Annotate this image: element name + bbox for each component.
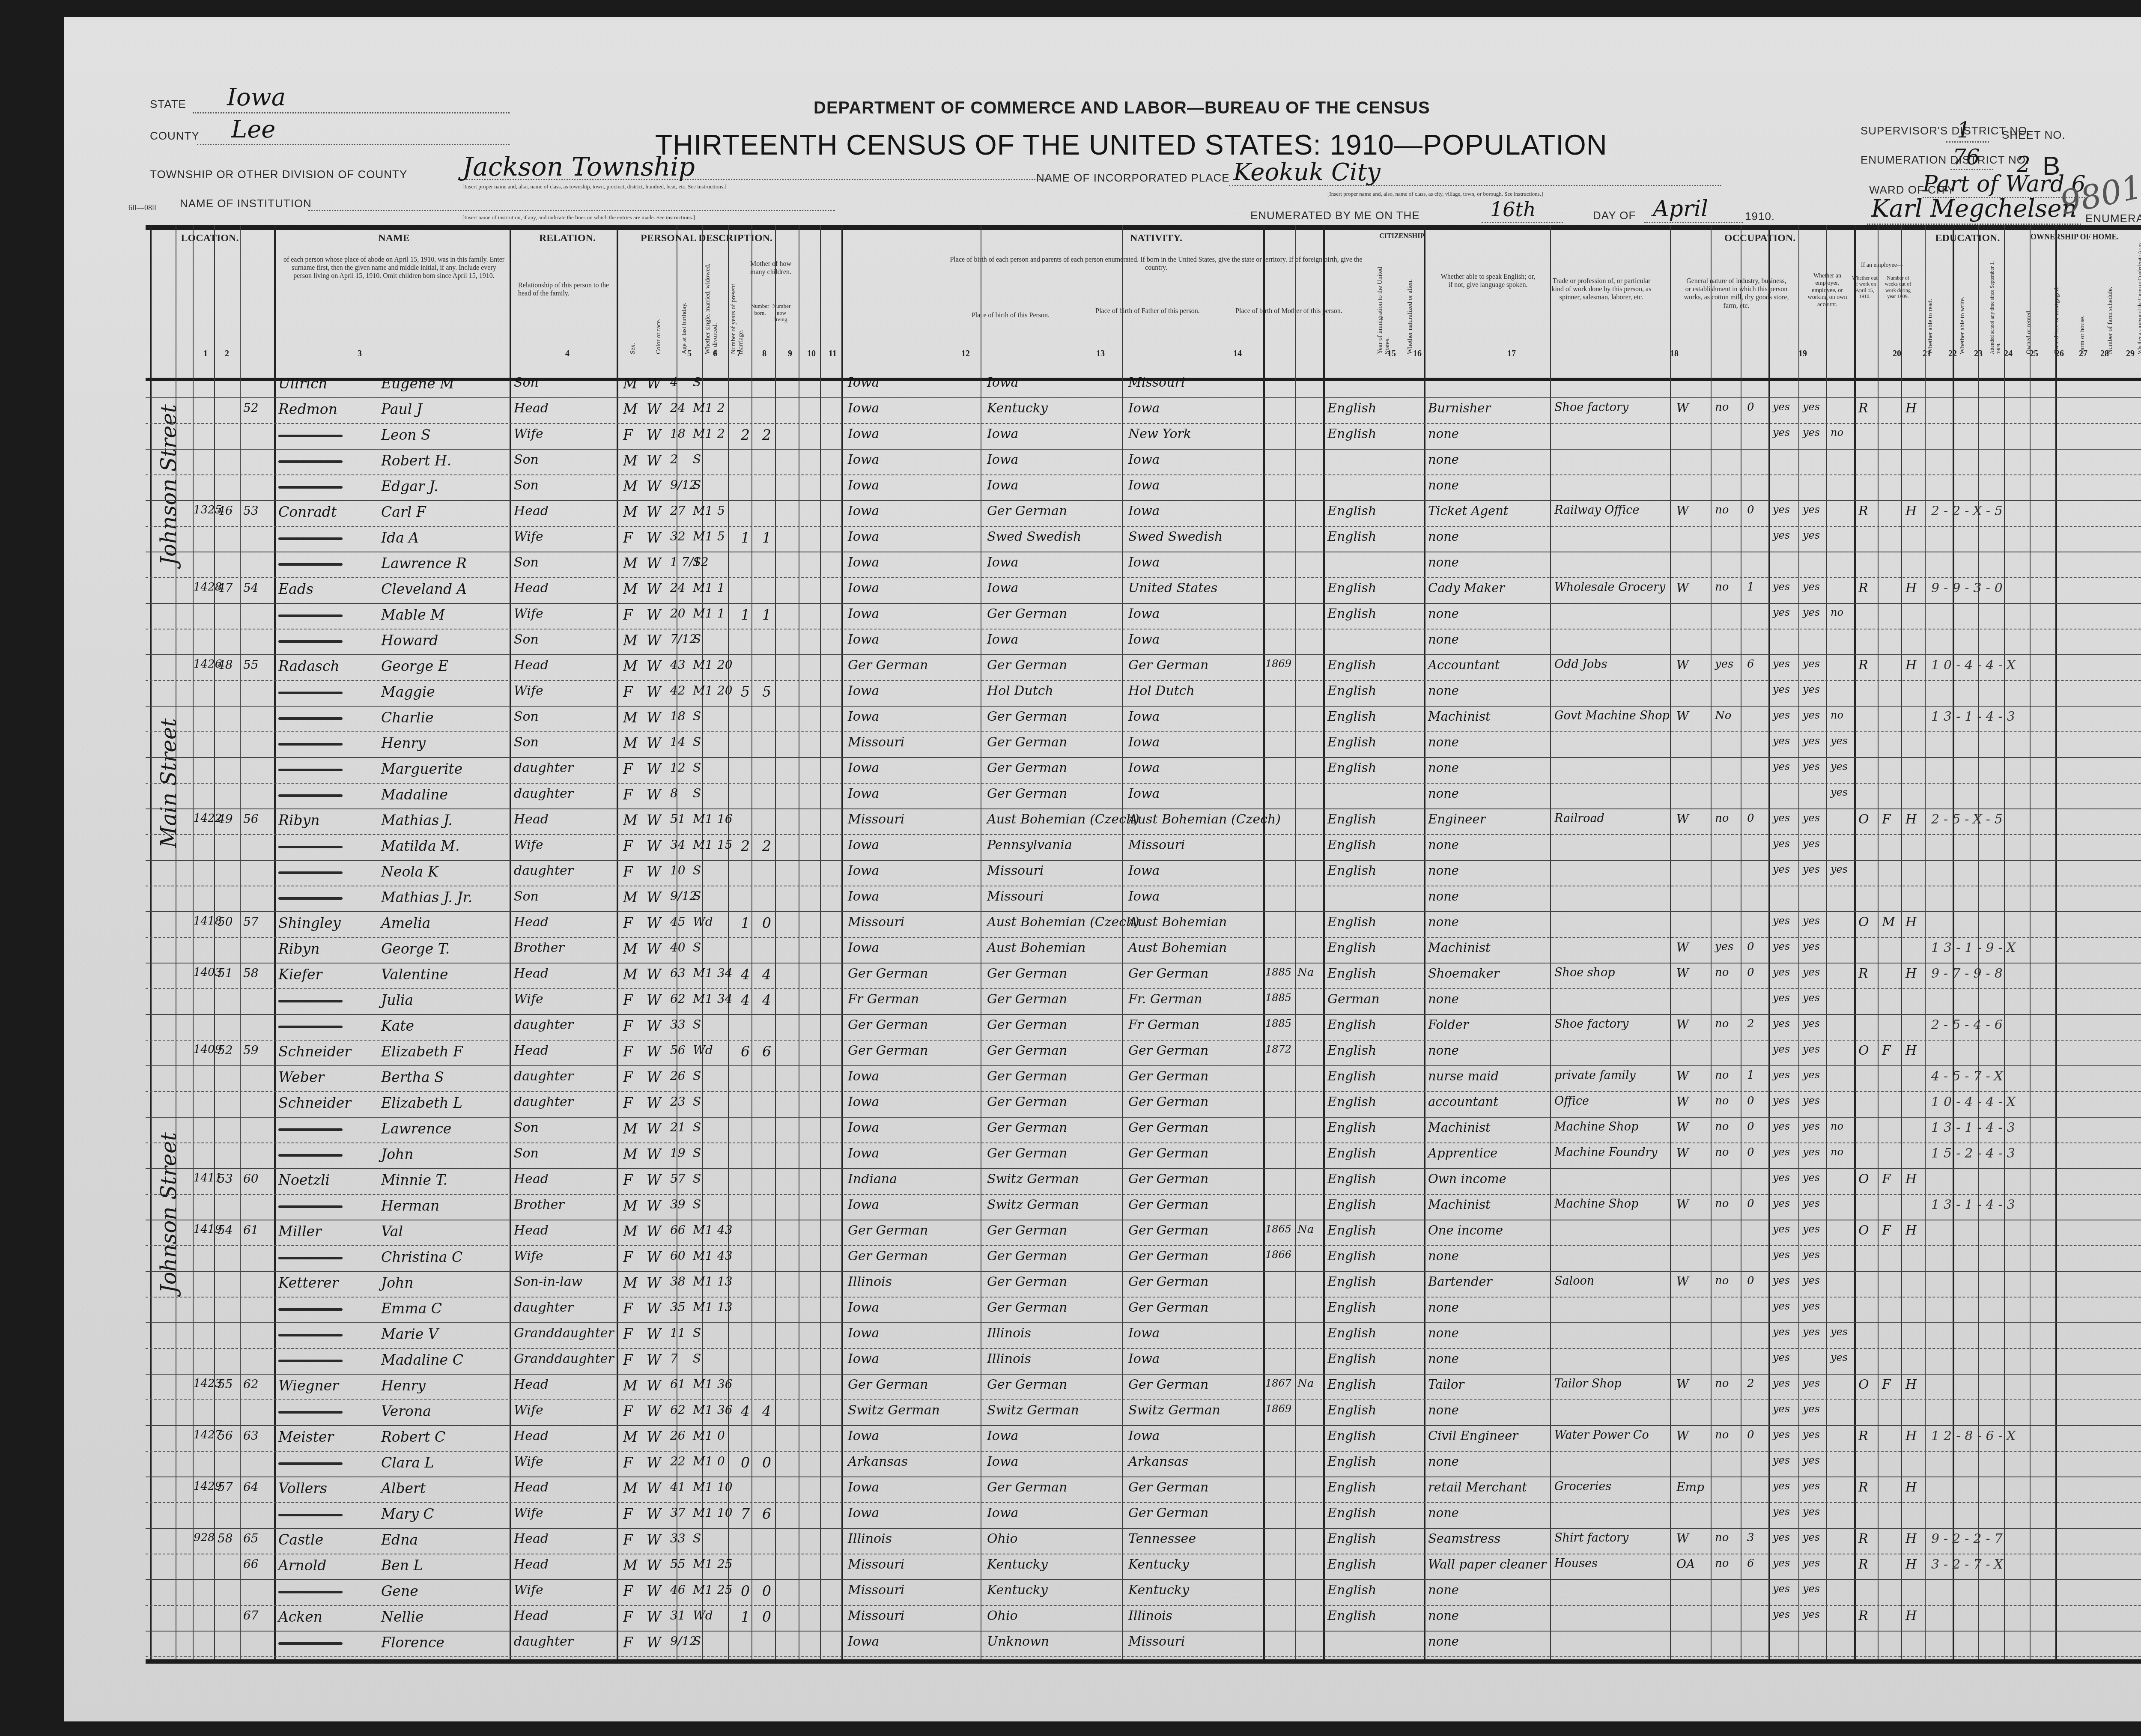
dwelling-number: 55: [218, 1377, 233, 1396]
relation: Head: [514, 1429, 549, 1447]
father-birthplace: Ger German: [987, 1017, 1067, 1036]
can-write: yes: [1803, 1274, 1820, 1293]
can-write: yes: [1803, 581, 1820, 600]
marital-status: M1: [693, 1403, 713, 1422]
father-birthplace: Unknown: [987, 1634, 1049, 1653]
county-label: COUNTY: [150, 129, 200, 143]
children-born: 4: [741, 966, 750, 985]
trade: Shoemaker: [1428, 966, 1500, 985]
speaks-english: English: [1327, 1095, 1376, 1113]
children-born: 1: [741, 1608, 750, 1627]
age: 45: [670, 915, 686, 934]
ditto-mark: [278, 486, 343, 489]
relation: Head: [514, 401, 549, 420]
industry: Houses: [1554, 1557, 1598, 1576]
relation: Son: [514, 889, 539, 908]
surname: Acken: [278, 1608, 322, 1627]
family-number: 62: [243, 1377, 259, 1396]
mother-birthplace: Ger German: [1128, 1249, 1208, 1268]
dwelling-number: 58: [218, 1531, 233, 1550]
dwelling-number: 48: [218, 658, 233, 677]
race: W: [647, 915, 661, 934]
survivor-header: Whether a survivor of the Union or Confe…: [2137, 239, 2141, 354]
father-birthplace: Ger German: [987, 1480, 1067, 1499]
table-row: 1429 57 64 Vollers Albert Head M W 41 M1…: [146, 1477, 2141, 1503]
family-number: 63: [243, 1429, 259, 1447]
can-read: yes: [1773, 504, 1790, 522]
trade: none: [1428, 427, 1459, 445]
given-name: Leon S: [381, 427, 431, 445]
can-write: yes: [1803, 1172, 1820, 1190]
children-living: 0: [762, 1608, 771, 1627]
relation: Wife: [514, 683, 543, 702]
family-number: 55: [243, 658, 259, 677]
table-row: Marguerite daughter F W 12 S Iowa Ger Ge…: [146, 758, 2141, 784]
marital-status: M1: [693, 1300, 713, 1319]
mother-birthplace: Iowa: [1128, 709, 1160, 728]
out-of-work: no: [1715, 1531, 1729, 1550]
table-row: 1423 55 62 Wiegner Henry Head M W 61 M1 …: [146, 1375, 2141, 1400]
speaks-english: English: [1327, 606, 1376, 625]
surname: [278, 992, 343, 1011]
table-row: Edgar J. Son M W 9/12 S Iowa Iowa Iowa n…: [146, 475, 2141, 501]
can-write: yes: [1803, 838, 1820, 856]
can-write: yes: [1803, 1454, 1820, 1473]
given-name: Carl F: [381, 504, 426, 522]
immigration-year: 1869: [1265, 1403, 1291, 1422]
relation: Son-in-law: [514, 1274, 582, 1293]
mother-birthplace: Iowa: [1128, 761, 1160, 779]
relation: daughter: [514, 1069, 573, 1088]
can-read: yes: [1773, 966, 1790, 985]
race: W: [647, 1377, 661, 1396]
father-birthplace: Switz German: [987, 1403, 1079, 1422]
sex: M: [623, 709, 638, 728]
trade: Machinist: [1428, 709, 1491, 728]
age: 23: [670, 1095, 686, 1113]
trade: Machinist: [1428, 940, 1491, 959]
years-married: 5: [717, 504, 725, 522]
mother-birthplace: Iowa: [1128, 452, 1160, 471]
employment-class: W: [1676, 1429, 1689, 1447]
birthplace: Illinois: [848, 1531, 892, 1550]
table-row: Henry Son M W 14 S Missouri Ger German I…: [146, 732, 2141, 758]
years-married: 10: [717, 1506, 733, 1524]
age: 7: [670, 1351, 678, 1370]
marital-status: Wd: [693, 1043, 713, 1062]
immigration-year: 1869: [1265, 658, 1291, 677]
free-mortgaged: F: [1882, 1172, 1891, 1190]
industry: Railroad: [1554, 812, 1604, 831]
can-write: yes: [1803, 401, 1820, 420]
owned-rented: R: [1858, 1608, 1868, 1627]
relation: Head: [514, 1377, 549, 1396]
speaks-english: English: [1327, 401, 1376, 420]
out-of-work: no: [1715, 1197, 1729, 1216]
out-of-work: no: [1715, 1429, 1729, 1447]
race: W: [647, 632, 661, 651]
surname: [278, 1300, 343, 1319]
group-personal: PERSONAL DESCRIPTION.: [621, 233, 792, 244]
mother-birthplace: Iowa: [1128, 863, 1160, 882]
can-write: yes: [1803, 761, 1820, 779]
given-name: Matilda M.: [381, 838, 459, 856]
relation: Son: [514, 478, 539, 497]
weeks-out: 1: [1747, 1069, 1754, 1088]
can-write: yes: [1803, 1608, 1820, 1627]
speaks-english: English: [1327, 1274, 1376, 1293]
sex: M: [623, 735, 638, 754]
relation: daughter: [514, 1095, 573, 1113]
immigration-year: 1885: [1265, 1017, 1291, 1036]
race: W: [647, 1223, 661, 1242]
can-read: yes: [1773, 427, 1790, 445]
table-row: Matilda M. Wife F W 34 M1 15 2 2 Iowa Pe…: [146, 835, 2141, 861]
coding-marks: 4-5-7-X: [1931, 1069, 2007, 1088]
speaks-english: English: [1327, 1069, 1376, 1088]
sex: M: [623, 555, 638, 574]
ditto-mark: [278, 1462, 343, 1465]
trade: none: [1428, 632, 1459, 651]
table-row: Ullrich Eugene M Son M W 4 S Iowa Iowa M…: [146, 373, 2141, 398]
farm-house: H: [1905, 1172, 1917, 1190]
sex: M: [623, 401, 638, 420]
father-birthplace: Swed Swedish: [987, 529, 1081, 548]
mother-of-header: Mother of how many children.: [749, 260, 792, 276]
father-birthplace: Ger German: [987, 1043, 1067, 1062]
out-of-work: yes: [1715, 940, 1733, 959]
speaks-english: English: [1327, 940, 1376, 959]
mother-birthplace: Iowa: [1128, 504, 1160, 522]
birthplace: Indiana: [848, 1172, 897, 1190]
relation: Wife: [514, 992, 543, 1011]
surname: Redmon: [278, 401, 337, 420]
mother-birthplace: Missouri: [1128, 838, 1185, 856]
mother-birthplace: Iowa: [1128, 1326, 1160, 1345]
trade: Tailor: [1428, 1377, 1464, 1396]
can-read: yes: [1773, 1480, 1790, 1499]
trade: Ticket Agent: [1428, 504, 1508, 522]
surname: [278, 1249, 343, 1268]
marital-status: M1: [693, 1223, 713, 1242]
speaks-english: English: [1327, 683, 1376, 702]
age: 32: [670, 529, 686, 548]
family-number: 65: [243, 1531, 259, 1550]
farm-house: H: [1905, 504, 1917, 522]
sex: M: [623, 375, 638, 394]
given-name: Verona: [381, 1403, 431, 1422]
years-married: 0: [717, 1429, 725, 1447]
years-married: 43: [717, 1223, 733, 1242]
surname: [278, 863, 343, 882]
weeks-out: 2: [1747, 1017, 1754, 1036]
mother-birthplace: Iowa: [1128, 889, 1160, 908]
table-row: Ketterer John Son-in-law M W 38 M1 13 Il…: [146, 1272, 2141, 1298]
age: 31: [670, 1608, 686, 1627]
race: W: [647, 709, 661, 728]
mother-birthplace: Aust Bohemian (Czech): [1128, 812, 1281, 831]
marital-status: M1: [693, 658, 713, 677]
industry: Groceries: [1554, 1480, 1611, 1499]
table-row: Herman Brother M W 39 S Iowa Switz Germa…: [146, 1195, 2141, 1220]
marital-status: M1: [693, 1274, 713, 1293]
birthplace: Missouri: [848, 1608, 904, 1627]
race: W: [647, 889, 661, 908]
can-write: yes: [1803, 940, 1820, 959]
race: W: [647, 1095, 661, 1113]
age: 14: [670, 735, 686, 754]
ditto-mark: [278, 1411, 343, 1414]
given-name: Edgar J.: [381, 478, 438, 497]
years-married: 1: [717, 581, 725, 600]
sex: M: [623, 812, 638, 831]
trade: none: [1428, 555, 1459, 574]
father-birthplace: Ger German: [987, 658, 1067, 677]
children-living: 4: [762, 992, 771, 1011]
birthplace: Iowa: [848, 1634, 879, 1653]
mother-birthplace: Switz German: [1128, 1403, 1220, 1422]
mother-birthplace: Ger German: [1128, 1300, 1208, 1319]
can-write: yes: [1803, 1095, 1820, 1113]
children-born: 1: [741, 606, 750, 625]
mother-birthplace: Fr. German: [1128, 992, 1202, 1011]
employment-class: W: [1676, 812, 1689, 831]
age: 2: [670, 452, 678, 471]
farm-house-header: Farm or house.: [2079, 260, 2086, 354]
owned-rented: R: [1858, 966, 1868, 985]
can-read: yes: [1773, 1017, 1790, 1036]
family-number: 60: [243, 1172, 259, 1190]
given-name: Elizabeth F: [381, 1043, 463, 1062]
can-read: yes: [1773, 1197, 1790, 1216]
race: W: [647, 838, 661, 856]
table-row: Charlie Son M W 18 S Iowa Ger German Iow…: [146, 707, 2141, 732]
marital-status: M1: [693, 606, 713, 625]
age: 10: [670, 863, 686, 882]
race: W: [647, 581, 661, 600]
mother-birthplace: Ger German: [1128, 1069, 1208, 1088]
birthplace: Ger German: [848, 1223, 928, 1242]
table-row: Florence daughter F W 9/12 S Iowa Unknow…: [146, 1632, 2141, 1657]
ditto-mark: [278, 640, 343, 643]
industry: Machine Shop: [1554, 1197, 1638, 1216]
children-living: 0: [762, 1583, 771, 1602]
father-birthplace: Ger German: [987, 1223, 1067, 1242]
owned-rented: O: [1858, 1377, 1869, 1396]
relation: Head: [514, 658, 549, 677]
immigration-year: 1866: [1265, 1249, 1291, 1268]
birthplace: Iowa: [848, 1120, 879, 1139]
age: 42: [670, 683, 686, 702]
born-header: Number born.: [749, 303, 771, 316]
trade: none: [1428, 786, 1459, 805]
father-birthplace: Ohio: [987, 1531, 1018, 1550]
trade: none: [1428, 863, 1459, 882]
age: 34: [670, 838, 686, 856]
given-name: Albert: [381, 1480, 426, 1499]
years-married: 34: [717, 992, 733, 1011]
children-born: 5: [741, 683, 750, 702]
immigration-header: Year of immigration to the United States…: [1377, 264, 1391, 354]
table-row: Schneider Elizabeth L daughter F W 23 S …: [146, 1092, 2141, 1118]
sex: F: [623, 1531, 633, 1550]
marital-status: S: [693, 761, 701, 779]
can-read: yes: [1773, 1429, 1790, 1447]
relation: Wife: [514, 529, 543, 548]
sex: F: [623, 863, 633, 882]
sex: M: [623, 1274, 638, 1293]
surname: [278, 1583, 343, 1602]
speaks-english: English: [1327, 1300, 1376, 1319]
can-read: yes: [1773, 1043, 1790, 1062]
table-row: 67 Acken Nellie Head F W 31 Wd 1 0 Misso…: [146, 1606, 2141, 1632]
place-note: [Insert proper name and, also, name of c…: [1327, 191, 1543, 197]
can-write: yes: [1803, 709, 1820, 728]
sex: M: [623, 1197, 638, 1216]
farm-house: H: [1905, 1608, 1917, 1627]
farm-house: H: [1905, 1223, 1917, 1242]
race: W: [647, 375, 661, 394]
race: W: [647, 1069, 661, 1088]
surname: Meister: [278, 1429, 334, 1447]
given-name: Maggie: [381, 683, 435, 702]
industry: Office: [1554, 1095, 1589, 1113]
marital-status: M1: [693, 1583, 713, 1602]
given-name: Edna: [381, 1531, 418, 1550]
birthplace: Missouri: [848, 735, 904, 754]
age: 43: [670, 658, 686, 677]
speaks-english: English: [1327, 1172, 1376, 1190]
surname: [278, 761, 343, 779]
table-row: 928 58 65 Castle Edna Head F W 33 S Illi…: [146, 1529, 2141, 1554]
year-label: 1910.: [1745, 210, 1775, 223]
birthplace: Iowa: [848, 375, 879, 394]
sex: M: [623, 1480, 638, 1499]
mother-birthplace: United States: [1128, 581, 1217, 600]
birthplace: Iowa: [848, 940, 879, 959]
weeks-out: 0: [1747, 966, 1754, 985]
given-name: Robert C: [381, 1429, 445, 1447]
marital-status: M1: [693, 966, 713, 985]
father-birthplace: Aust Bohemian (Czech): [987, 812, 1139, 831]
can-write: yes: [1803, 1146, 1820, 1165]
marital-status: M1: [693, 838, 713, 856]
trade: none: [1428, 889, 1459, 908]
father-birthplace: Iowa: [987, 478, 1018, 497]
sex: M: [623, 1557, 638, 1576]
mother-birthplace: Ger German: [1128, 1223, 1208, 1242]
relation: Granddaughter: [514, 1351, 614, 1370]
father-birthplace: Iowa: [987, 1454, 1018, 1473]
years-married: 36: [717, 1403, 733, 1422]
pob-father-header: Place of birth of Father of this person.: [1083, 307, 1212, 315]
race: W: [647, 683, 661, 702]
given-name: Clara L: [381, 1454, 434, 1473]
given-name: George E: [381, 658, 448, 677]
speaks-english: English: [1327, 709, 1376, 728]
table-row: Howard Son M W 7/12 S Iowa Iowa Iowa non…: [146, 629, 2141, 655]
speaks-english: English: [1327, 1043, 1376, 1062]
race: W: [647, 761, 661, 779]
race: W: [647, 658, 661, 677]
employment-class: W: [1676, 658, 1689, 677]
table-row: John Son M W 19 S Iowa Ger German Ger Ge…: [146, 1143, 2141, 1169]
can-write: yes: [1803, 1377, 1820, 1396]
children-born: 1: [741, 529, 750, 548]
age-header: Age at last birthday.: [681, 260, 688, 354]
industry: Shirt factory: [1554, 1531, 1628, 1550]
out-of-work: no: [1715, 581, 1729, 600]
trade: none: [1428, 1043, 1459, 1062]
race: W: [647, 529, 661, 548]
father-birthplace: Ger German: [987, 1095, 1067, 1113]
father-birthplace: Ger German: [987, 1249, 1067, 1268]
race: W: [647, 1274, 661, 1293]
surname: [278, 709, 343, 728]
can-read: yes: [1773, 915, 1790, 934]
table-row: Mable M Wife F W 20 M1 1 1 1 Iowa Ger Ge…: [146, 604, 2141, 629]
can-write: yes: [1803, 1583, 1820, 1602]
surname: Miller: [278, 1223, 322, 1242]
marital-status: M1: [693, 1429, 713, 1447]
owned-rented: O: [1858, 1043, 1869, 1062]
table-row: 1409 52 59 Schneider Elizabeth F Head F …: [146, 1041, 2141, 1066]
attended-school: no: [1831, 1120, 1843, 1139]
out-of-work: no: [1715, 1146, 1729, 1165]
surname: [278, 786, 343, 805]
race: W: [647, 1531, 661, 1550]
surname: [278, 683, 343, 702]
birthplace: Ger German: [848, 1017, 928, 1036]
sex: F: [623, 1326, 633, 1345]
ditto-mark: [278, 897, 343, 900]
trade: Folder: [1428, 1017, 1469, 1036]
mother-birthplace: Iowa: [1128, 632, 1160, 651]
write-header: Whether able to write.: [1959, 260, 1966, 354]
farm-house: H: [1905, 812, 1917, 831]
sex: M: [623, 1223, 638, 1242]
sex: F: [623, 1506, 633, 1524]
trade: none: [1428, 1634, 1459, 1653]
relation: Son: [514, 735, 539, 754]
ditto-mark: [278, 1514, 343, 1516]
ditto-mark: [278, 1642, 343, 1645]
marital-status: S: [693, 1172, 701, 1190]
mother-birthplace: Ger German: [1128, 1197, 1208, 1216]
speaks-english: English: [1327, 1326, 1376, 1345]
children-living: 0: [762, 915, 771, 934]
census-title: THIRTEENTH CENSUS OF THE UNITED STATES: …: [655, 128, 1607, 161]
table-row: Christina C Wife F W 60 M1 43 Ger German…: [146, 1246, 2141, 1272]
father-birthplace: Switz German: [987, 1172, 1079, 1190]
given-name: Madaline: [381, 786, 448, 805]
can-write: yes: [1803, 992, 1820, 1011]
years-married: 25: [717, 1557, 733, 1576]
family-number: 67: [243, 1608, 259, 1627]
coding-marks: 15-2-4-3: [1931, 1146, 2019, 1165]
out-of-work: no: [1715, 1274, 1729, 1293]
speaks-english: English: [1327, 1480, 1376, 1499]
marital-status: M1: [693, 992, 713, 1011]
marital-status: S: [693, 1095, 701, 1113]
birthplace: Missouri: [848, 1557, 904, 1576]
birthplace: Iowa: [848, 478, 879, 497]
father-birthplace: Ger German: [987, 1274, 1067, 1293]
employment-class: W: [1676, 709, 1689, 728]
family-number: 61: [243, 1223, 259, 1242]
father-birthplace: Ger German: [987, 606, 1067, 625]
given-name: Minnie T.: [381, 1172, 447, 1190]
